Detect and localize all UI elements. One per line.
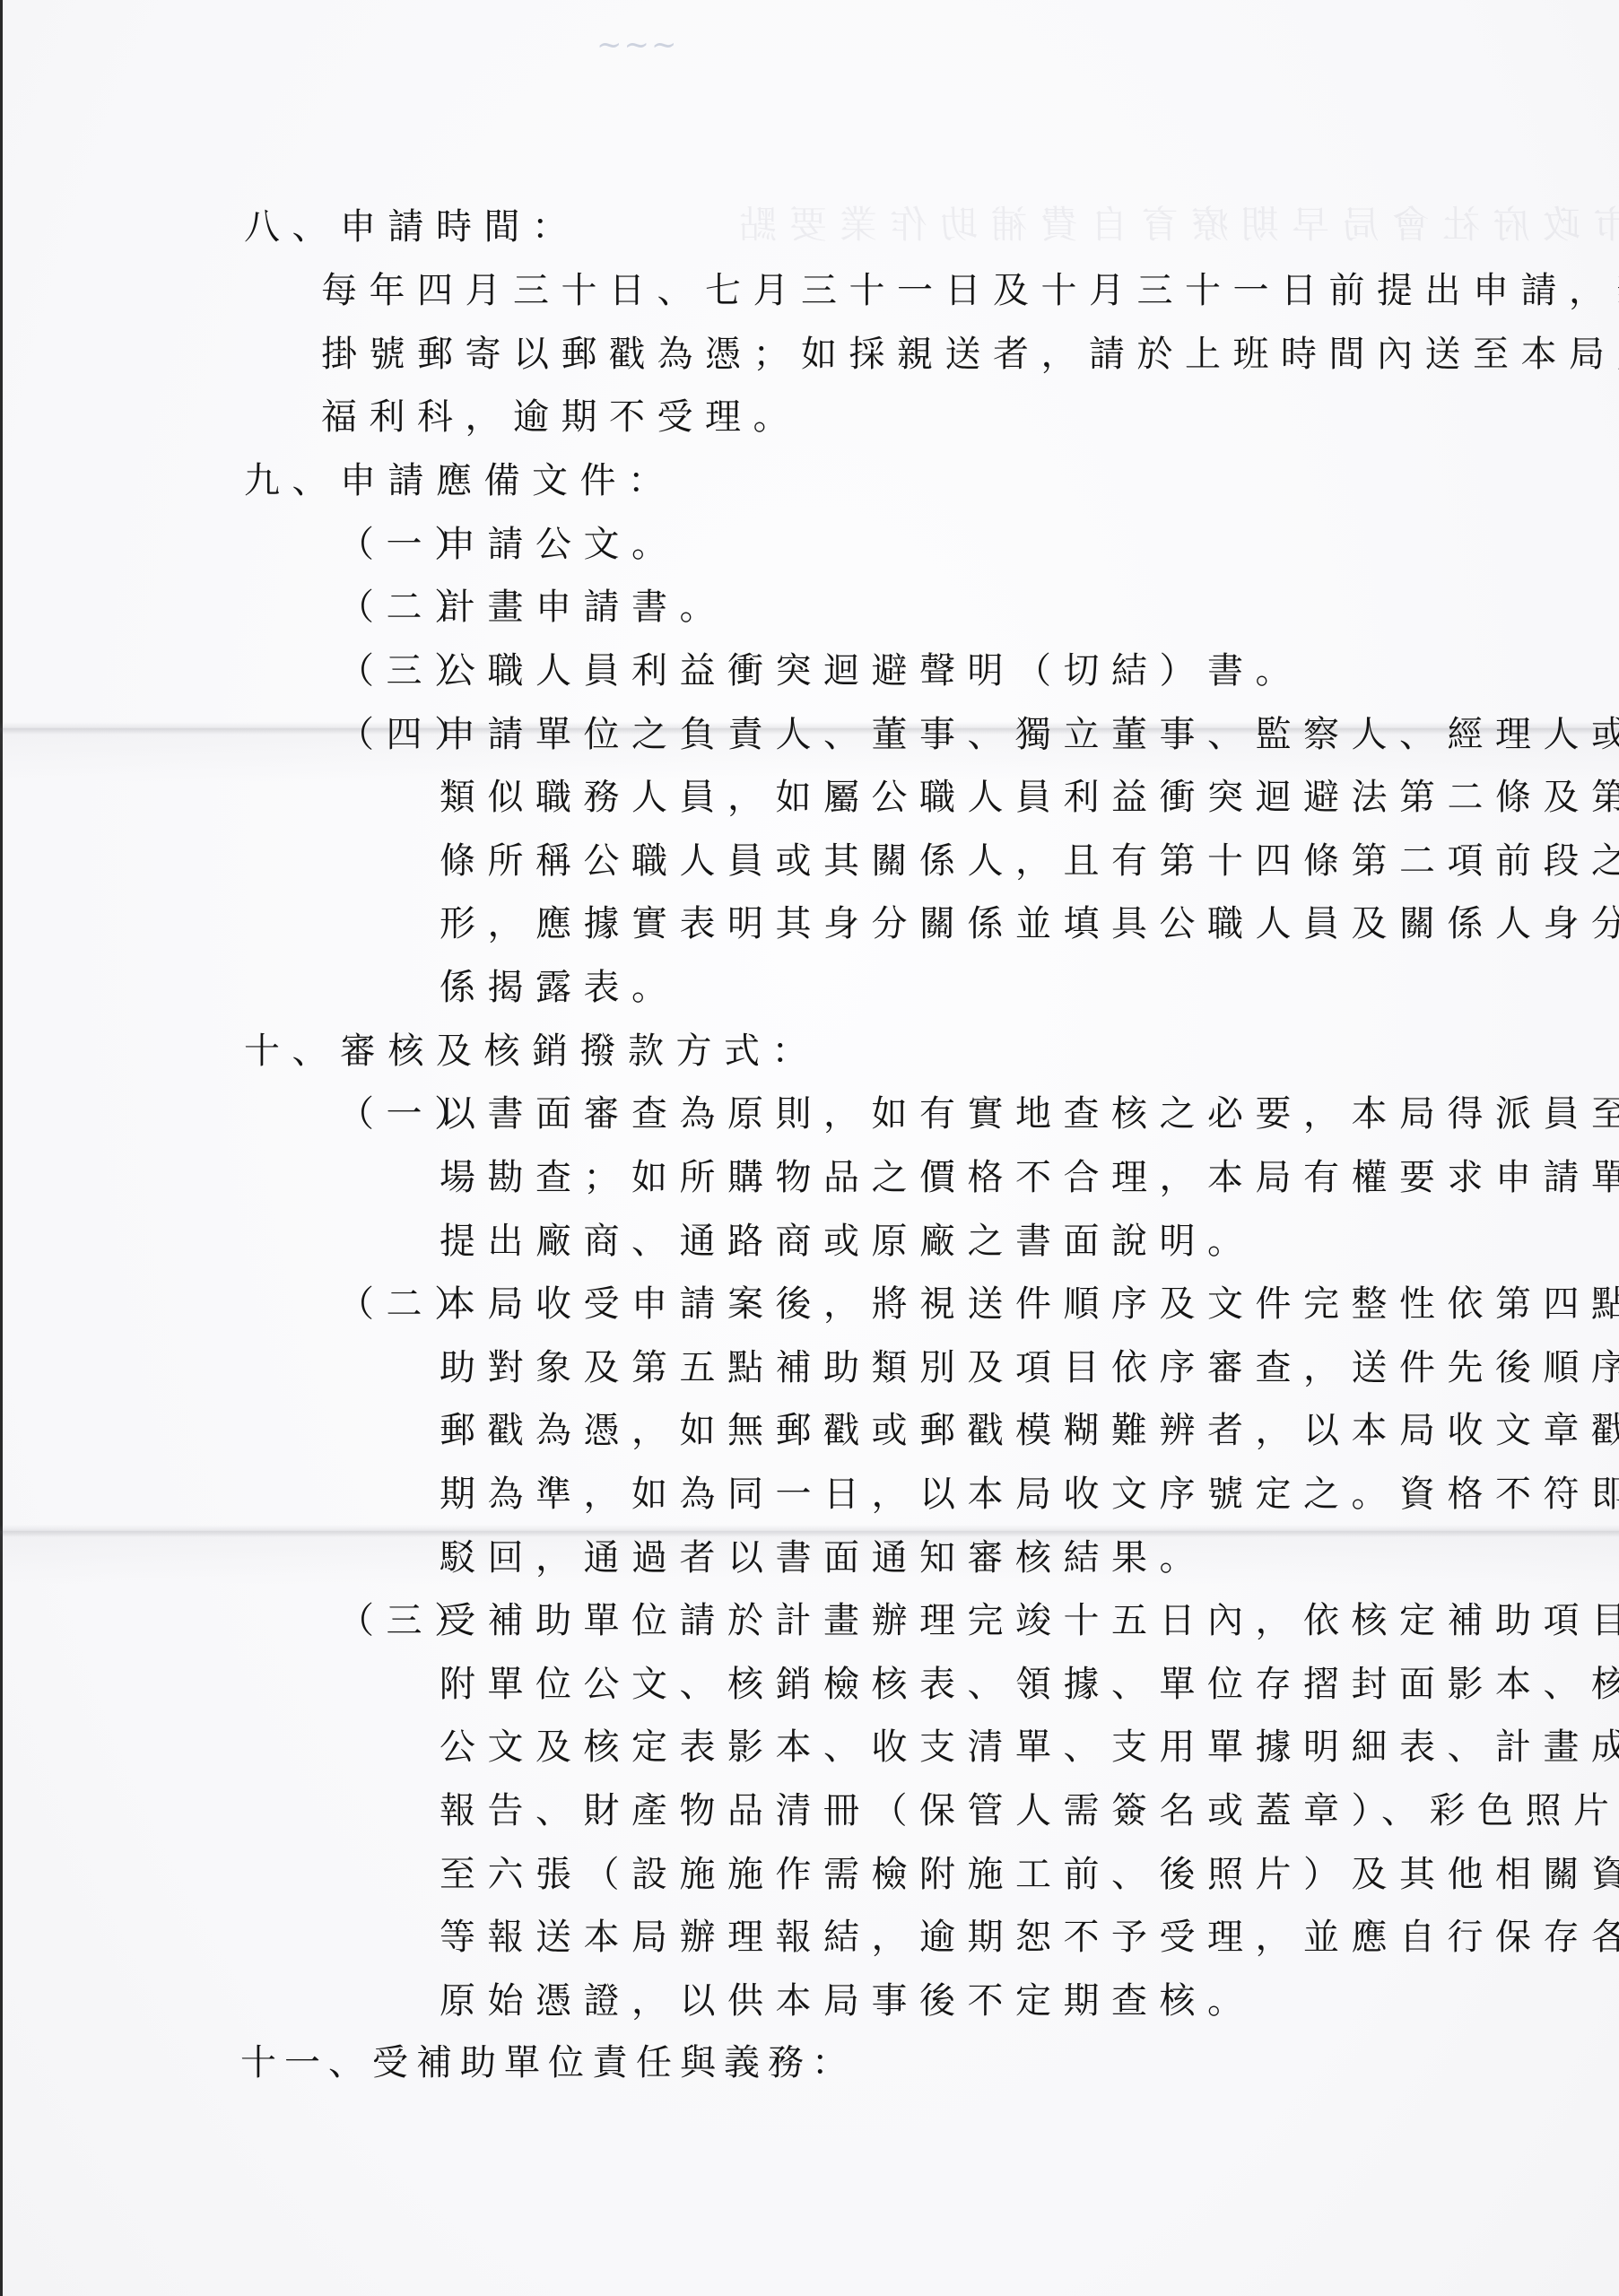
- item-line: 提出廠商、通路商或原廠之書面說明。: [440, 1220, 1256, 1263]
- item-line: 以書面審查為原則，如有實地查核之必要，本局得派員至現: [440, 1092, 1619, 1135]
- item-line: 附單位公文、核銷檢核表、領據、單位存摺封面影本、核定: [440, 1663, 1619, 1706]
- item-line: 期為準，如為同一日，以本局收文序號定之。資格不符即予: [440, 1473, 1619, 1516]
- scanned-page: 臺中市政府社會局早期療育自費補助作業要點 ~~~ 八、申請時間： 每年四月三十日…: [0, 0, 1619, 2296]
- item-line: 公文及核定表影本、收支清單、支用單據明細表、計畫成果: [440, 1726, 1619, 1769]
- item-line: 係揭露表。: [440, 966, 680, 1009]
- section-heading: 九、申請應備文件：: [244, 459, 676, 502]
- item-line: 條所稱公職人員或其關係人，且有第十四條第二項前段之情: [440, 839, 1619, 883]
- section-heading: 十、審核及核銷撥款方式：: [244, 1030, 820, 1073]
- paragraph-line: 每年四月三十日、七月三十一日及十月三十一日前提出申請，郵局: [321, 269, 1619, 312]
- item-line: 場勘查；如所購物品之價格不合理，本局有權要求申請單位: [440, 1156, 1619, 1199]
- pencil-mark: ~~~: [596, 27, 678, 63]
- item-line: 郵戳為憑，如無郵戳或郵戳模糊難辨者，以本局收文章戳日: [440, 1409, 1619, 1452]
- item-line: 類似職務人員，如屬公職人員利益衝突迴避法第二條及第三: [440, 776, 1619, 819]
- paper-fold-crease: [0, 1525, 1619, 1537]
- section-heading: 八、申請時間：: [244, 205, 580, 248]
- item-line: 申請公文。: [440, 523, 680, 566]
- scan-edge-border: [0, 0, 3, 2296]
- item-line: 公職人員利益衝突迴避聲明（切結）書。: [440, 649, 1303, 692]
- paragraph-line: 掛號郵寄以郵戳為憑；如採親送者，請於上班時間內送至本局兒少: [321, 333, 1619, 376]
- item-line: 申請單位之負責人、董事、獨立董事、監察人、經理人或相: [440, 713, 1619, 756]
- bleed-through-title: 臺中市政府社會局早期療育自費補助作業要點: [727, 196, 1619, 249]
- item-line: 報告、財產物品清冊（保管人需簽名或蓋章）、彩色照片四: [440, 1789, 1619, 1832]
- item-line: 等報送本局辦理報結，逾期恕不予受理，並應自行保存各項: [440, 1916, 1619, 1959]
- item-line: 原始憑證，以供本局事後不定期查核。: [440, 1979, 1256, 2022]
- item-line: 駁回，通過者以書面通知審核結果。: [440, 1536, 1207, 1579]
- item-line: 形，應據實表明其身分關係並填具公職人員及關係人身分關: [440, 902, 1619, 945]
- section-heading: 十一、受補助單位責任與義務：: [240, 2041, 856, 2084]
- item-line: 計畫申請書。: [440, 586, 727, 629]
- item-line: 本局收受申請案後，將視送件順序及文件完整性依第四點補: [440, 1283, 1619, 1326]
- paragraph-line: 福利科，逾期不受理。: [321, 396, 801, 439]
- item-line: 受補助單位請於計畫辦理完竣十五日內，依核定補助項目檢: [440, 1599, 1619, 1642]
- item-line: 助對象及第五點補助類別及項目依序審查，送件先後順序以: [440, 1346, 1619, 1389]
- item-line: 至六張（設施施作需檢附施工前、後照片）及其他相關資料: [440, 1853, 1619, 1896]
